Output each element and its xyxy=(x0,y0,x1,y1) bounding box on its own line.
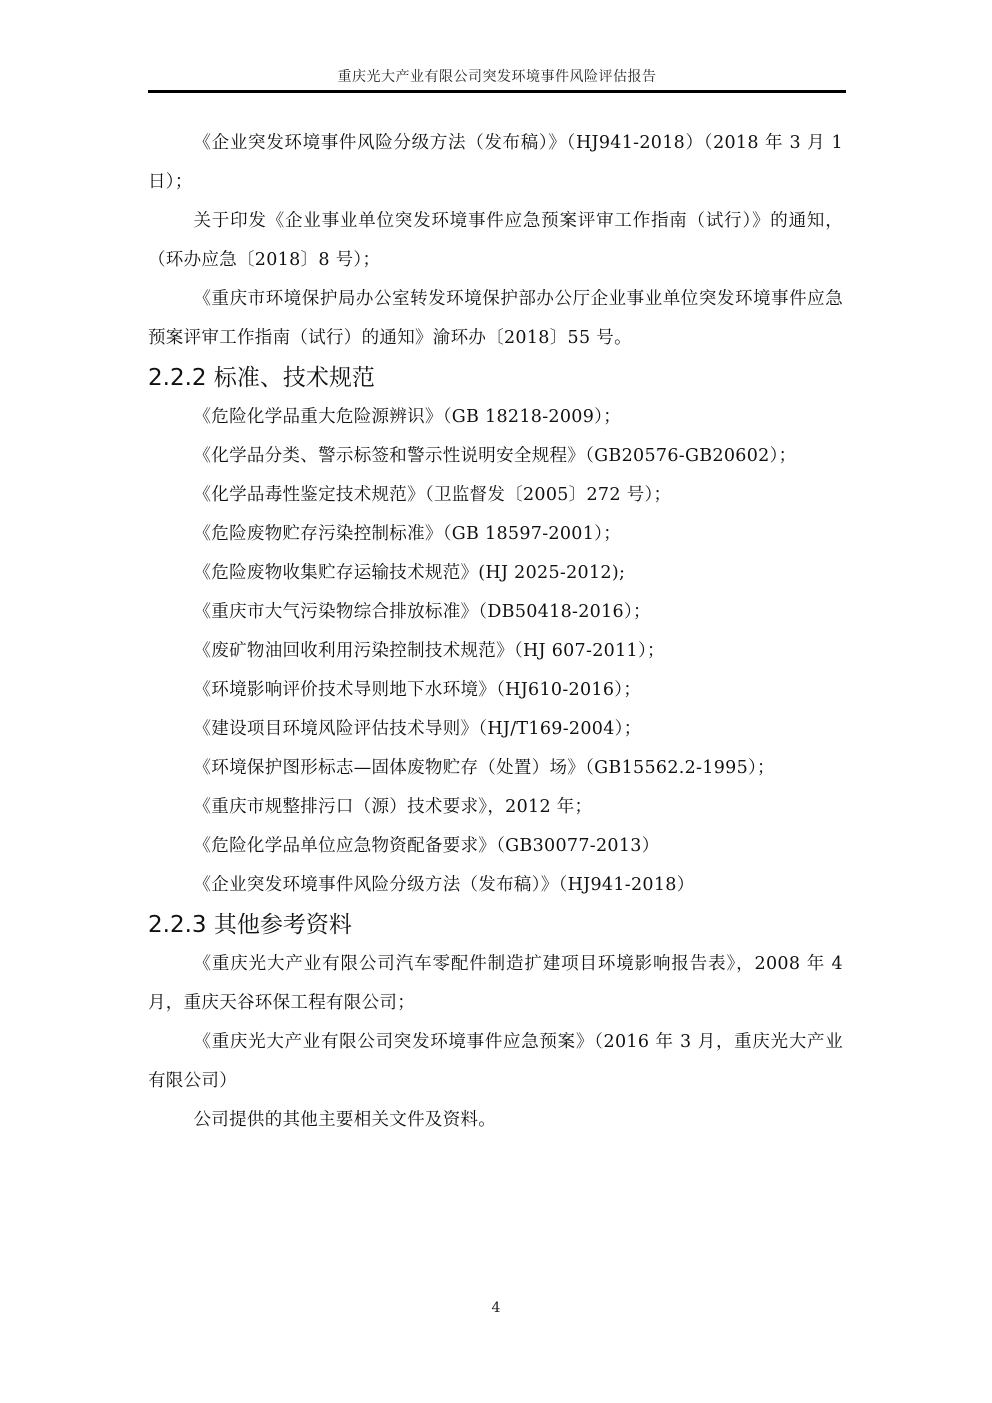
standard-item: 《环境保护图形标志—固体废物贮存（处置）场》（GB15562.2-1995）； xyxy=(148,749,843,788)
standard-item: 《危险化学品单位应急物资配备要求》（GB30077-2013） xyxy=(148,827,843,866)
standard-item: 《重庆市规整排污口（源）技术要求》，2012 年； xyxy=(148,788,843,827)
standard-item: 《重庆市大气污染物综合排放标准》（DB50418-2016）； xyxy=(148,593,843,632)
regulation-item: 关于印发《企业事业单位突发环境事件应急预案评审工作指南（试行）》的通知，（环办应… xyxy=(148,202,843,280)
reference-item: 《重庆光大产业有限公司突发环境事件应急预案》（2016 年 3 月，重庆光大产业… xyxy=(148,1023,843,1101)
standard-item: 《环境影响评价技术导则地下水环境》（HJ610-2016）； xyxy=(148,671,843,710)
reference-item: 公司提供的其他主要相关文件及资料。 xyxy=(148,1101,843,1140)
reference-item: 《重庆光大产业有限公司汽车零配件制造扩建项目环境影响报告表》，2008 年 4 … xyxy=(148,945,843,1023)
standard-item: 《企业突发环境事件风险分级方法（发布稿）》（HJ941-2018） xyxy=(148,866,843,905)
header-rule xyxy=(148,90,846,93)
regulation-item: 《企业突发环境事件风险分级方法（发布稿）》（HJ941-2018）（2018 年… xyxy=(148,124,843,202)
standard-item: 《危险化学品重大危险源辨识》（GB 18218-2009）； xyxy=(148,398,843,437)
standard-item: 《化学品毒性鉴定技术规范》（卫监督发〔2005〕272 号）； xyxy=(148,476,843,515)
standard-item: 《废矿物油回收利用污染控制技术规范》（HJ 607-2011）； xyxy=(148,632,843,671)
regulation-item: 《重庆市环境保护局办公室转发环境保护部办公厅企业事业单位突发环境事件应急预案评审… xyxy=(148,280,843,358)
standard-item: 《化学品分类、警示标签和警示性说明安全规程》（GB20576-GB20602）； xyxy=(148,437,843,476)
section-heading-2-2-3: 2.2.3 其他参考资料 xyxy=(148,905,843,945)
standard-item: 《建设项目环境风险评估技术导则》（HJ/T169-2004）； xyxy=(148,710,843,749)
page-number: 4 xyxy=(0,1300,992,1316)
standard-item: 《危险废物贮存污染控制标准》（GB 18597-2001）； xyxy=(148,515,843,554)
running-header: 重庆光大产业有限公司突发环境事件风险评估报告 xyxy=(148,66,846,86)
page-body: 《企业突发环境事件风险分级方法（发布稿）》（HJ941-2018）（2018 年… xyxy=(148,124,843,1140)
section-heading-2-2-2: 2.2.2 标准、技术规范 xyxy=(148,358,843,398)
standard-item: 《危险废物收集贮存运输技术规范》(HJ 2025-2012); xyxy=(148,554,843,593)
